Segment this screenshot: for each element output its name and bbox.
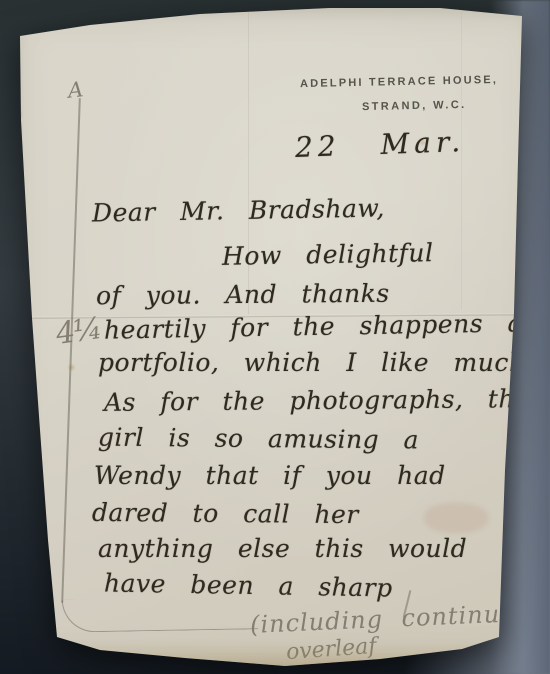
letterhead-line1: ADELPHI TERRACE HOUSE, [300,74,498,90]
pencil-bracket-bottom-curve [62,596,259,632]
salutation: Dear Mr. Bradshaw, [92,193,385,227]
pencil-fraction-note: 4¼ [54,311,103,352]
body-line: anything else this would [98,534,467,563]
body-line: of you. And thanks [96,279,390,311]
pencil-corner-mark: A [67,77,85,102]
fold-crease-vertical-right [461,12,463,310]
body-line: portfolio, which I like much. [98,348,534,377]
pencil-note-line2: overleaf [285,634,377,665]
paper-shadow-wrap: ADELPHI TERRACE HOUSE, STRAND, W.C. 22 M… [0,0,550,674]
body-line: girl is so amusing a [98,423,419,455]
letter-paper: ADELPHI TERRACE HOUSE, STRAND, W.C. 22 M… [0,0,550,674]
body-line: Wendy that if you had [94,461,446,490]
body-line: As for the photographs, the [104,384,531,417]
foxing-spot [14,110,21,119]
letterhead-line2: STRAND, W.C. [362,99,467,113]
body-line: How delightful [222,238,434,271]
handwritten-date: 22 Mar. [294,125,465,164]
body-line: heartily for the shappens a [104,308,523,344]
photo-of-letter: ADELPHI TERRACE HOUSE, STRAND, W.C. 22 M… [0,0,550,674]
faint-stamp-smudge [424,503,488,533]
body-line: dared to call her [92,498,359,529]
pencil-note-line1: (including continuation [250,597,550,639]
